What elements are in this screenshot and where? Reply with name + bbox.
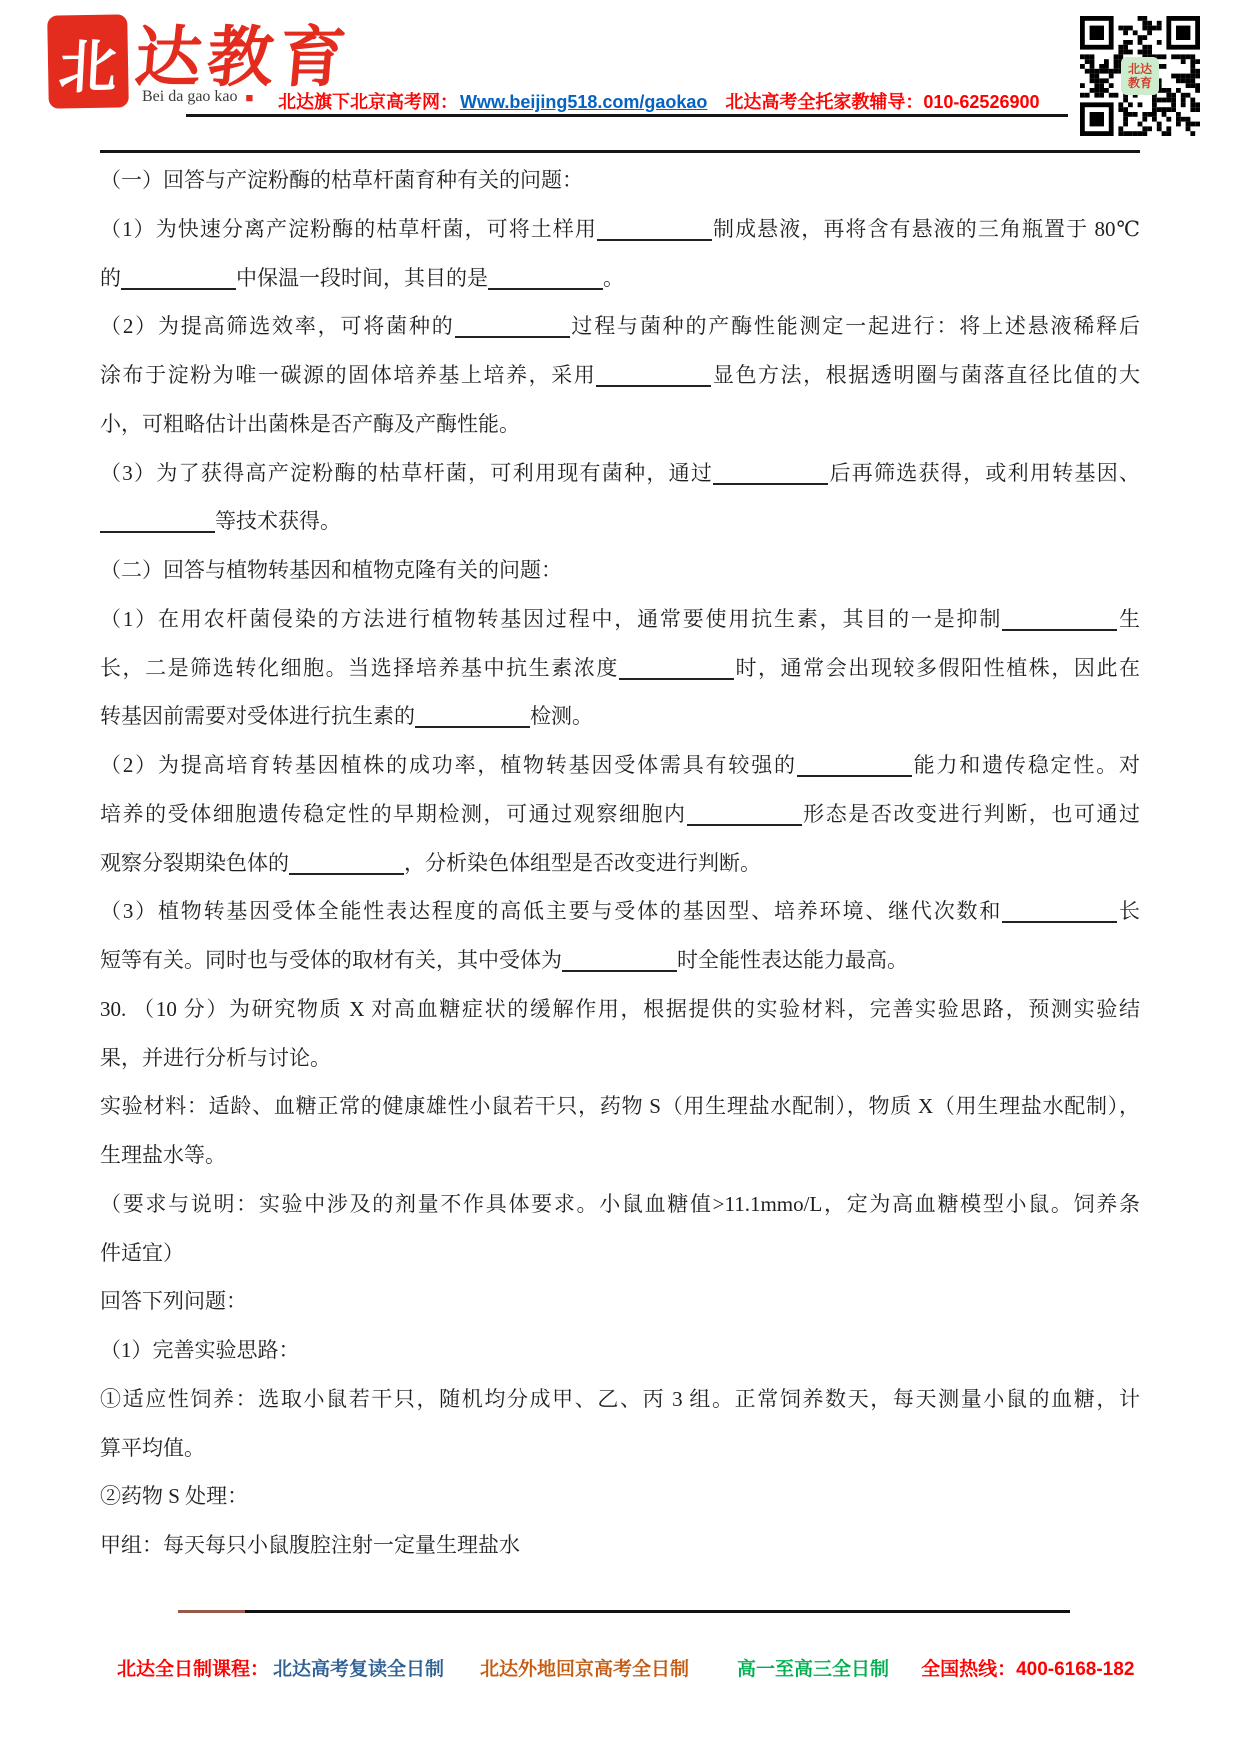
text-run: 实验材料：适龄、血糖正常的健康雄性小鼠若干只，药物 S（用生理盐水配制），物质 … <box>100 1094 1140 1118</box>
text-line: 小，可粗略估计出菌株是否产酶及产酶性能。 <box>100 400 1140 449</box>
text-line: （3）植物转基因受体全能性表达程度的高低主要与受体的基因型、培养环境、继代次数和… <box>100 887 1140 936</box>
document-page: 北 达教育 Bei da gao kao ■ 北达旗下北京高考网： Www.be… <box>0 0 1240 1754</box>
text-line: （2）为提高培育转基因植株的成功率，植物转基因受体需具有较强的能力和遗传稳定性。… <box>100 741 1140 790</box>
footer-rule <box>178 1610 1070 1613</box>
text-line: 观察分裂期染色体的，分析染色体组型是否改变进行判断。 <box>100 839 1140 888</box>
text-run: 甲组：每天每只小鼠腹腔注射一定量生理盐水 <box>100 1533 520 1557</box>
text-line: 回答下列问题： <box>100 1277 1140 1326</box>
text-line: 短等有关。同时也与受体的取材有关，其中受体为时全能性表达能力最高。 <box>100 936 1140 985</box>
text-line: 果，并进行分析与讨论。 <box>100 1034 1140 1083</box>
text-line: 涂布于淀粉为唯一碳源的固体培养基上培养，采用显色方法，根据透明圈与菌落直径比值的… <box>100 351 1140 400</box>
text-run: （要求与说明：实验中涉及的剂量不作具体要求。小鼠血糖值>11.1mmo/L，定为… <box>100 1192 1140 1216</box>
text-run: 等技术获得。 <box>215 509 341 533</box>
text-run: 能力和遗传稳定性。对 <box>912 753 1140 777</box>
footer-segment: 全国热线：400-6168-182 <box>921 1656 1134 1684</box>
text-run: 培养的受体细胞遗传稳定性的早期检测，可通过观察细胞内 <box>100 802 687 826</box>
footer-segment: 北达高考复读全日制 <box>273 1656 444 1684</box>
red-square-bullet: ■ <box>246 90 254 105</box>
text-run: 长，二是筛选转化细胞。当选择培养基中抗生素浓度 <box>100 656 619 680</box>
answer-blank <box>100 517 215 533</box>
text-run: 的 <box>100 266 121 290</box>
brand-calligraphy: 达教育 <box>132 4 356 99</box>
text-run: 中保温一段时间，其目的是 <box>236 266 488 290</box>
text-line: 的中保温一段时间，其目的是。 <box>100 254 1140 303</box>
answer-blank <box>488 274 603 290</box>
answer-blank <box>455 322 570 338</box>
answer-blank <box>415 712 530 728</box>
answer-blank <box>619 664 734 680</box>
text-run: 观察分裂期染色体的 <box>100 851 289 875</box>
text-run: （3）为了获得高产淀粉酶的枯草杆菌，可利用现有菌种，通过 <box>100 461 713 485</box>
text-run: 检测。 <box>530 704 593 728</box>
text-run: （3）植物转基因受体全能性表达程度的高低主要与受体的基因型、培养环境、继代次数和 <box>100 899 1002 923</box>
document-body: （一）回答与产淀粉酶的枯草杆菌育种有关的问题：（1）为快速分离产淀粉酶的枯草杆菌… <box>100 156 1140 1570</box>
answer-blank <box>713 469 828 485</box>
text-run: 算平均值。 <box>100 1436 205 1460</box>
text-run: 小，可粗略估计出菌株是否产酶及产酶性能。 <box>100 412 520 436</box>
brand-seal-logo: 北 <box>47 14 129 108</box>
text-line: 实验材料：适龄、血糖正常的健康雄性小鼠若干只，药物 S（用生理盐水配制），物质 … <box>100 1082 1140 1131</box>
qr-center-label: 北达 教育 <box>1121 57 1159 95</box>
tagline-prefix: 北达旗下北京高考网： <box>278 88 458 114</box>
text-run: 件适宜） <box>100 1241 184 1265</box>
text-line: （1）完善实验思路： <box>100 1326 1140 1375</box>
qr-label-line1: 北达 <box>1128 62 1152 76</box>
text-run: 形态是否改变进行判断，也可通过 <box>802 802 1140 826</box>
qr-code: 北达 教育 <box>1078 16 1202 136</box>
text-run: ①适应性饲养：选取小鼠若干只，随机均分成甲、乙、丙 3 组。正常饲养数天，每天测… <box>100 1387 1140 1411</box>
text-run: （一）回答与产淀粉酶的枯草杆菌育种有关的问题： <box>100 168 583 192</box>
answer-blank <box>121 274 236 290</box>
answer-blank <box>597 225 712 241</box>
text-run: 30. （10 分）为研究物质 X 对高血糖症状的缓解作用，根据提供的实验材料，… <box>100 997 1140 1021</box>
text-run: 显色方法，根据透明圈与菌落直径比值的大 <box>711 363 1140 387</box>
text-run: 果，并进行分析与讨论。 <box>100 1046 331 1070</box>
header-rule <box>186 114 1068 117</box>
answer-blank <box>1002 907 1117 923</box>
text-line: 甲组：每天每只小鼠腹腔注射一定量生理盐水 <box>100 1521 1140 1570</box>
text-line: （1）为快速分离产淀粉酶的枯草杆菌，可将土样用制成悬液，再将含有悬液的三角瓶置于… <box>100 205 1140 254</box>
answer-blank <box>687 810 802 826</box>
text-run: （1）在用农杆菌侵染的方法进行植物转基因过程中，通常要使用抗生素，其目的一是抑制 <box>100 607 1002 631</box>
text-run: （二）回答与植物转基因和植物克隆有关的问题： <box>100 558 562 582</box>
text-run: 时全能性表达能力最高。 <box>677 948 908 972</box>
qr-label-line2: 教育 <box>1128 76 1152 90</box>
text-run: 生 <box>1117 607 1140 631</box>
text-run: 涂布于淀粉为唯一碳源的固体培养基上培养，采用 <box>100 363 596 387</box>
answer-blank <box>596 371 711 387</box>
text-line: 算平均值。 <box>100 1424 1140 1473</box>
text-line: 等技术获得。 <box>100 497 1140 546</box>
gaokao-site-link[interactable]: Www.beijing518.com/gaokao <box>460 92 707 113</box>
header-tagline: 北达旗下北京高考网： Www.beijing518.com/gaokao 北达高… <box>278 88 1040 114</box>
text-line: 转基因前需要对受体进行抗生素的检测。 <box>100 692 1140 741</box>
seal-character: 北 <box>57 19 119 104</box>
text-line: 件适宜） <box>100 1229 1140 1278</box>
text-run: （2）为提高培育转基因植株的成功率，植物转基因受体需具有较强的 <box>100 753 797 777</box>
footer-segment: 北达全日制课程： <box>117 1656 269 1684</box>
tagline-suffix: 北达高考全托家教辅导：010-62526900 <box>725 88 1039 114</box>
text-run: 制成悬液，再将含有悬液的三角瓶置于 80℃ <box>712 217 1140 241</box>
text-run: 长 <box>1117 899 1140 923</box>
text-line: （2）为提高筛选效率，可将菌种的过程与菌种的产酶性能测定一起进行：将上述悬液稀释… <box>100 302 1140 351</box>
text-run: 回答下列问题： <box>100 1289 247 1313</box>
text-run: 后再筛选获得，或利用转基因、 <box>828 461 1140 485</box>
text-line: （1）在用农杆菌侵染的方法进行植物转基因过程中，通常要使用抗生素，其目的一是抑制… <box>100 595 1140 644</box>
text-line: （要求与说明：实验中涉及的剂量不作具体要求。小鼠血糖值>11.1mmo/L，定为… <box>100 1180 1140 1229</box>
text-run: （1）为快速分离产淀粉酶的枯草杆菌，可将土样用 <box>100 217 597 241</box>
text-run: 。 <box>603 266 624 290</box>
text-line: 培养的受体细胞遗传稳定性的早期检测，可通过观察细胞内形态是否改变进行判断，也可通… <box>100 790 1140 839</box>
answer-blank <box>1002 615 1117 631</box>
answer-blank <box>289 859 404 875</box>
text-line: 长，二是筛选转化细胞。当选择培养基中抗生素浓度时，通常会出现较多假阳性植株，因此… <box>100 644 1140 693</box>
text-line: （3）为了获得高产淀粉酶的枯草杆菌，可利用现有菌种，通过后再筛选获得，或利用转基… <box>100 449 1140 498</box>
text-line: ①适应性饲养：选取小鼠若干只，随机均分成甲、乙、丙 3 组。正常饲养数天，每天测… <box>100 1375 1140 1424</box>
text-run: （1）完善实验思路： <box>100 1338 300 1362</box>
text-run: 过程与菌种的产酶性能测定一起进行：将上述悬液稀释后 <box>570 314 1140 338</box>
footer-rule-brown-segment <box>178 1610 245 1613</box>
text-line: （一）回答与产淀粉酶的枯草杆菌育种有关的问题： <box>100 156 1140 205</box>
text-run: 时，通常会出现较多假阳性植株，因此在 <box>734 656 1140 680</box>
text-run: （2）为提高筛选效率，可将菌种的 <box>100 314 455 338</box>
footer-segment: 高一至高三全日制 <box>737 1656 889 1684</box>
brand-pinyin: Bei da gao kao ■ <box>142 88 253 106</box>
text-run: 短等有关。同时也与受体的取材有关，其中受体为 <box>100 948 562 972</box>
text-run: 生理盐水等。 <box>100 1143 226 1167</box>
footer-segment: 北达外地回京高考全日制 <box>480 1656 689 1684</box>
footer-info: 北达全日制课程：北达高考复读全日制北达外地回京高考全日制高一至高三全日制全国热线… <box>117 1656 1134 1684</box>
text-line: ②药物 S 处理： <box>100 1472 1140 1521</box>
answer-blank <box>562 956 677 972</box>
text-run: 转基因前需要对受体进行抗生素的 <box>100 704 415 728</box>
text-line: 30. （10 分）为研究物质 X 对高血糖症状的缓解作用，根据提供的实验材料，… <box>100 985 1140 1034</box>
text-line: （二）回答与植物转基因和植物克隆有关的问题： <box>100 546 1140 595</box>
answer-blank <box>797 761 912 777</box>
body-top-rule <box>100 150 1140 153</box>
text-run: ，分析染色体组型是否改变进行判断。 <box>404 851 761 875</box>
text-line: 生理盐水等。 <box>100 1131 1140 1180</box>
pinyin-text: Bei da gao kao <box>142 88 238 106</box>
text-run: ②药物 S 处理： <box>100 1484 248 1508</box>
